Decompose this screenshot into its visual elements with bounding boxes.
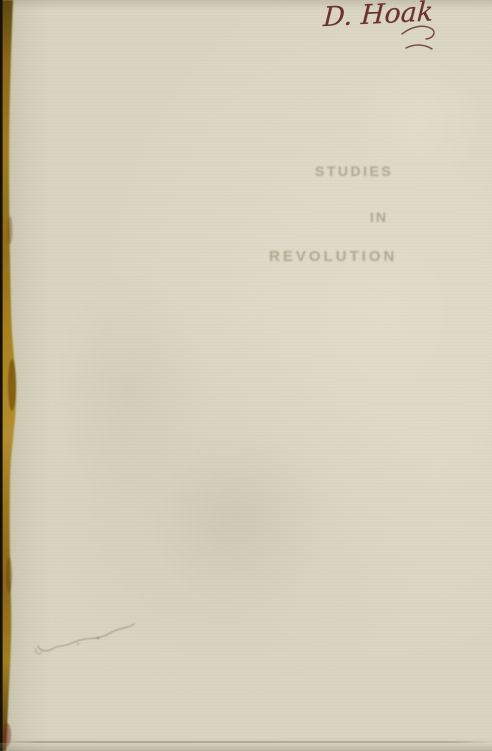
bottom-scan-edge [0, 743, 492, 751]
book-spine-edge [0, 0, 26, 751]
signature-swash-stroke [400, 24, 440, 56]
show-through-title-line-2: IN [370, 209, 388, 225]
paper-stain [55, 270, 205, 510]
edge-red-spot [3, 723, 11, 747]
edge-dark-spot [8, 359, 16, 411]
show-through-title-line-1: STUDIES [315, 163, 393, 179]
show-through-title-line-3: REVOLUTION [269, 248, 397, 265]
pencil-smudge [28, 602, 158, 662]
book-page-scan: D. Hoak STUDIES IN REVOLUTION [0, 0, 492, 751]
bottom-page-edge-shadow [0, 741, 492, 743]
scan-black-edge [0, 0, 3, 751]
edge-dark-spot [8, 216, 13, 244]
paper-stain [150, 430, 330, 610]
edge-dark-spot [6, 557, 12, 593]
